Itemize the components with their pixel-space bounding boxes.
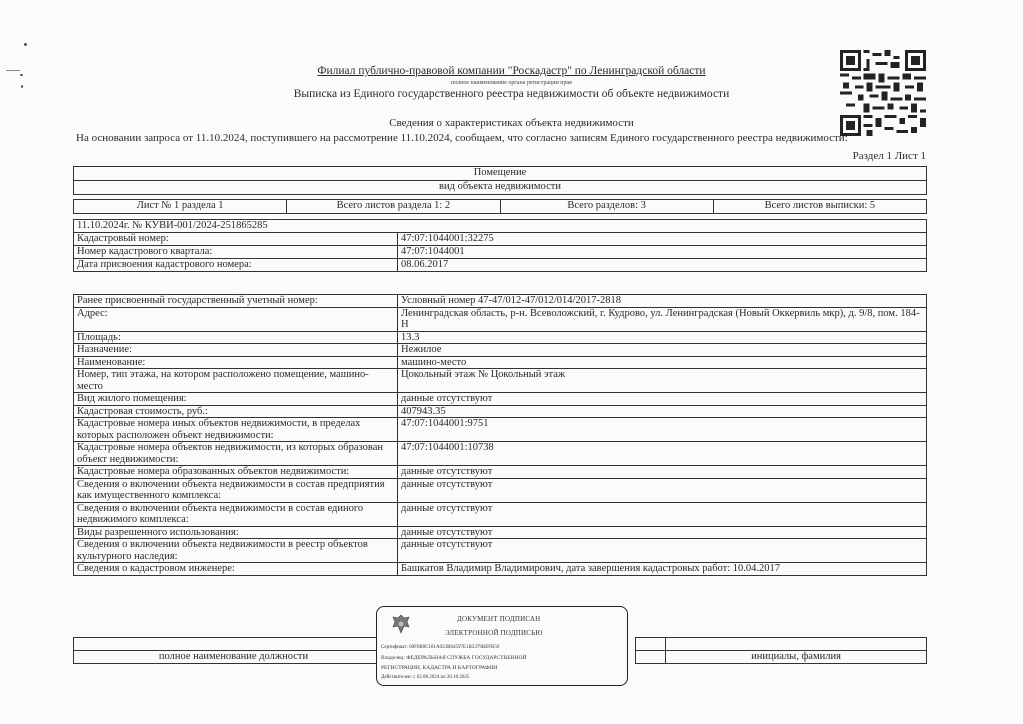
table-row: Номер кадастрового квартала: 47:07:10440… bbox=[74, 246, 927, 259]
row-label: Кадастровая стоимость, руб.: bbox=[74, 405, 398, 418]
qr-code-icon bbox=[840, 50, 926, 136]
position-field bbox=[74, 638, 394, 651]
position-caption: полное наименование должности bbox=[74, 651, 394, 664]
coat-of-arms-icon bbox=[391, 613, 411, 635]
row-value: данные отсутствуют bbox=[398, 393, 927, 406]
object-type-caption: вид объекта недвижимости bbox=[74, 181, 927, 195]
record-number: 11.10.2024г. № КУВИ-001/2024-251865285 bbox=[74, 220, 927, 233]
row-label: Кадастровые номера образованных объектов… bbox=[74, 466, 398, 479]
row-label: Сведения о включении объекта недвижимост… bbox=[74, 539, 398, 563]
table-row: Кадастровые номера объектов недвижимости… bbox=[74, 442, 927, 466]
table-row: Наименование:машино-место bbox=[74, 356, 927, 369]
row-value: данные отсутствуют bbox=[398, 539, 927, 563]
table-row: Номер, тип этажа, на котором расположено… bbox=[74, 369, 927, 393]
characteristics-table: Ранее присвоенный государственный учетны… bbox=[73, 294, 927, 576]
intro-text: На основании запроса от 11.10.2024, пост… bbox=[76, 132, 848, 144]
object-type-table: Помещение вид объекта недвижимости bbox=[73, 166, 927, 195]
electronic-signature-stamp: ДОКУМЕНТ ПОДПИСАН ЭЛЕКТРОННОЙ ПОДПИСЬЮ С… bbox=[376, 606, 628, 686]
table-row: Кадастровый номер: 47:07:1044001:32275 bbox=[74, 233, 927, 246]
row-value: 08.06.2017 bbox=[398, 259, 927, 272]
row-value: данные отсутствуют bbox=[398, 478, 927, 502]
row-value: Башкатов Владимир Владимирович, дата зав… bbox=[398, 563, 927, 576]
table-row: Ранее присвоенный государственный учетны… bbox=[74, 295, 927, 308]
sections-total: Всего разделов: 3 bbox=[500, 200, 713, 214]
row-value: 47:07:1044001:10738 bbox=[398, 442, 927, 466]
row-label: Площадь: bbox=[74, 331, 398, 344]
row-label: Адрес: bbox=[74, 307, 398, 331]
row-value: 47:07:1044001 bbox=[398, 246, 927, 259]
row-value: Ленинградская область, р-н. Всеволожский… bbox=[398, 307, 927, 331]
row-label: Виды разрешенного использования: bbox=[74, 526, 398, 539]
row-value: машино-место bbox=[398, 356, 927, 369]
row-label: Наименование: bbox=[74, 356, 398, 369]
row-value: 407943.35 bbox=[398, 405, 927, 418]
row-value: Условный номер 47-47/012-47/012/014/2017… bbox=[398, 295, 927, 308]
table-row: Сведения о включении объекта недвижимост… bbox=[74, 539, 927, 563]
section-reference: Раздел 1 Лист 1 bbox=[853, 150, 926, 162]
row-label: Сведения о включении объекта недвижимост… bbox=[74, 478, 398, 502]
row-label: Сведения о включении объекта недвижимост… bbox=[74, 502, 398, 526]
table-row: Сведения о включении объекта недвижимост… bbox=[74, 478, 927, 502]
row-label: Сведения о кадастровом инженере: bbox=[74, 563, 398, 576]
table-row: Кадастровая стоимость, руб.:407943.35 bbox=[74, 405, 927, 418]
sheet-info-table: Лист № 1 раздела 1 Всего листов раздела … bbox=[73, 199, 927, 214]
row-value: данные отсутствуют bbox=[398, 466, 927, 479]
row-label: Кадастровые номера объектов недвижимости… bbox=[74, 442, 398, 466]
extract-sheets-total: Всего листов выписки: 5 bbox=[713, 200, 926, 214]
table-row: Кадастровые номера иных объектов недвижи… bbox=[74, 418, 927, 442]
table-row: Сведения о включении объекта недвижимост… bbox=[74, 502, 927, 526]
name-field bbox=[666, 638, 927, 651]
row-value: Цокольный этаж № Цокольный этаж bbox=[398, 369, 927, 393]
scan-speck bbox=[24, 43, 27, 46]
table-row: Кадастровые номера образованных объектов… bbox=[74, 466, 927, 479]
stamp-line-2: ЭЛЕКТРОННОЙ ПОДПИСЬЮ bbox=[445, 629, 695, 637]
table-row: Дата присвоения кадастрового номера: 08.… bbox=[74, 259, 927, 272]
row-value: данные отсутствуют bbox=[398, 526, 927, 539]
record-table: 11.10.2024г. № КУВИ-001/2024-251865285 К… bbox=[73, 219, 927, 272]
row-label: Номер кадастрового квартала: bbox=[74, 246, 398, 259]
row-value: Нежилое bbox=[398, 344, 927, 357]
object-type-value: Помещение bbox=[74, 167, 927, 181]
row-label: Ранее присвоенный государственный учетны… bbox=[74, 295, 398, 308]
signature-field bbox=[636, 638, 666, 651]
section-sheets-total: Всего листов раздела 1: 2 bbox=[287, 200, 500, 214]
row-value: 47:07:1044001:9751 bbox=[398, 418, 927, 442]
table-row: Площадь:13.3 bbox=[74, 331, 927, 344]
name-caption: инициалы, фамилия bbox=[666, 651, 927, 664]
row-label: Номер, тип этажа, на котором расположено… bbox=[74, 369, 398, 393]
table-row: Сведения о кадастровом инженере:Башкатов… bbox=[74, 563, 927, 576]
row-label: Назначение: bbox=[74, 344, 398, 357]
stamp-validity: Действителен: с 02.08.2024 по 26.10.2025 bbox=[381, 675, 631, 680]
row-label: Кадастровый номер: bbox=[74, 233, 398, 246]
row-label: Вид жилого помещения: bbox=[74, 393, 398, 406]
stamp-line-1: ДОКУМЕНТ ПОДПИСАН bbox=[457, 615, 707, 623]
row-value: 13.3 bbox=[398, 331, 927, 344]
row-value: данные отсутствуют bbox=[398, 502, 927, 526]
table-row: Вид жилого помещения:данные отсутствуют bbox=[74, 393, 927, 406]
table-row: Адрес:Ленинградская область, р-н. Всевол… bbox=[74, 307, 927, 331]
table-row: Назначение:Нежилое bbox=[74, 344, 927, 357]
stamp-owner-2: РЕГИСТРАЦИИ, КАДАСТРА И КАРТОГРАФИИ bbox=[381, 665, 631, 671]
sheet-number: Лист № 1 раздела 1 bbox=[74, 200, 287, 214]
stamp-owner-1: Владелец: ФЕДЕРАЛЬНАЯ СЛУЖБА ГОСУДАРСТВЕ… bbox=[381, 655, 631, 661]
stamp-certificate: Сертификат: 00F0B0C181A023B64597E1B2379B… bbox=[381, 645, 631, 650]
row-value: 47:07:1044001:32275 bbox=[398, 233, 927, 246]
table-row: Виды разрешенного использования:данные о… bbox=[74, 526, 927, 539]
row-label: Кадастровые номера иных объектов недвижи… bbox=[74, 418, 398, 442]
row-label: Дата присвоения кадастрового номера: bbox=[74, 259, 398, 272]
